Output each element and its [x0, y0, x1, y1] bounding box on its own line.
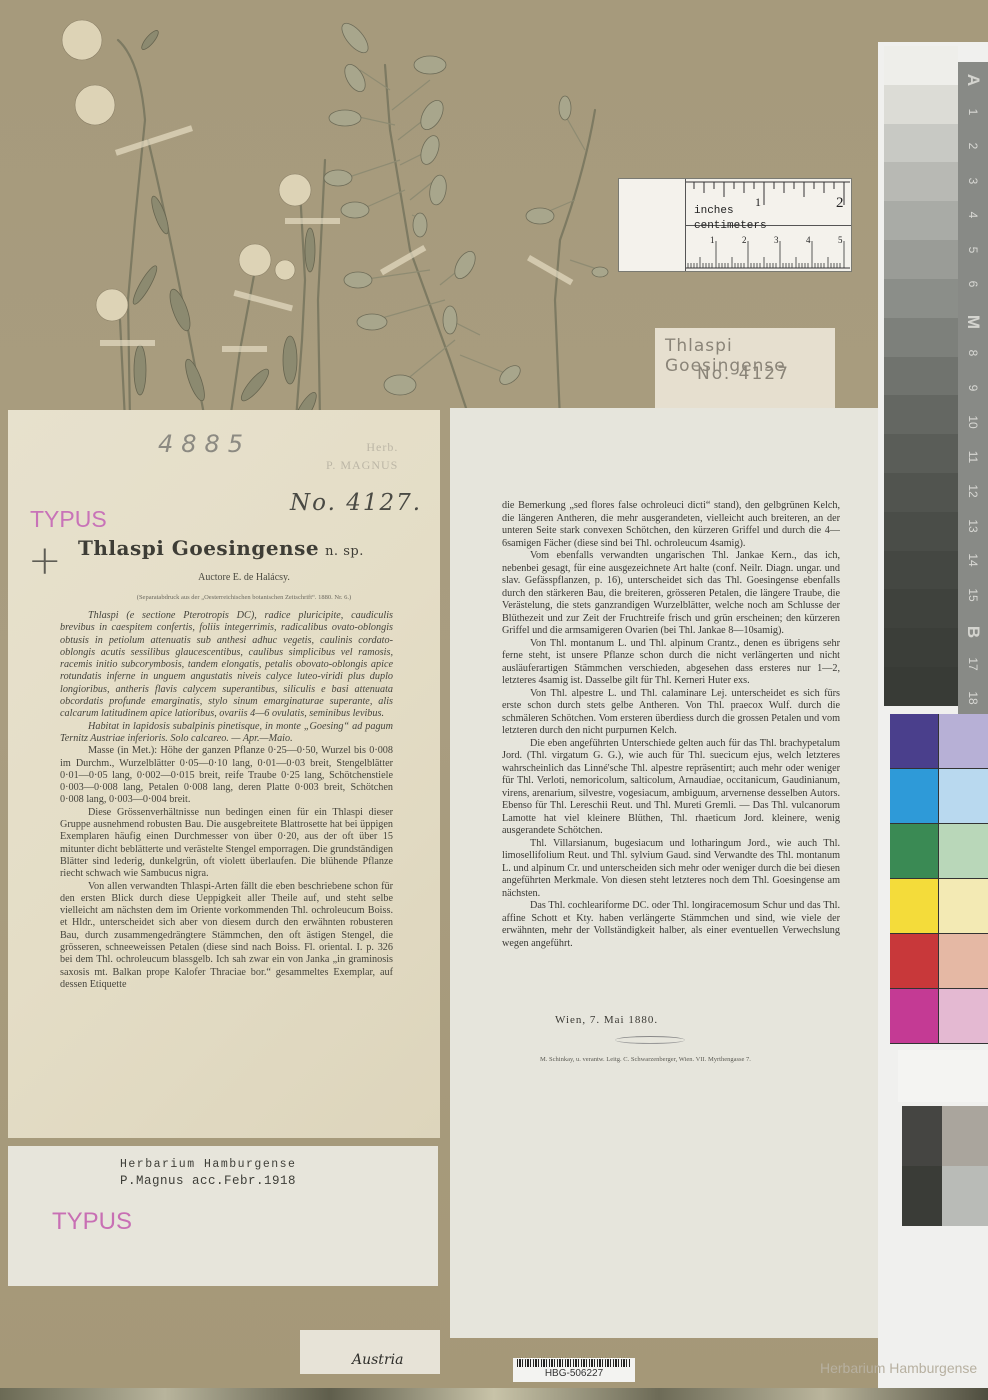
gray-step [884, 279, 958, 318]
printer-imprint: M. Schinkay, u. verantw. Leitg. C. Schwa… [540, 1056, 751, 1063]
paragraph: Thl. Villarsianum, bugesiacum und lothar… [502, 838, 840, 901]
gray-step [884, 473, 958, 512]
gray-step [884, 667, 958, 706]
country-label: Austria [300, 1330, 440, 1374]
barcode-label: HBG-506227 [513, 1358, 635, 1382]
gray-step [884, 46, 958, 85]
author-line: Auctore E. de Halácsy. [8, 572, 440, 583]
gray-step [884, 201, 958, 240]
color-calibration-chart: A123456M89101112131415B171819 [878, 42, 988, 1392]
gray-step [884, 85, 958, 124]
gray-patch [942, 1166, 988, 1226]
paragraph: Vom ebenfalls verwandten ungarischen Thl… [502, 550, 840, 638]
species-novelty-tag: n. sp. [325, 544, 364, 559]
color-swatch-row [890, 769, 988, 824]
color-swatch [938, 824, 988, 878]
paragraph: Von Thl. alpestre L. und Thl. calaminare… [502, 688, 840, 738]
scale-ruler: inches centimeters 1 2 1 2 3 4 5 [618, 178, 852, 272]
accession-line: P.Magnus acc.Febr.1918 [120, 1174, 296, 1188]
paragraph: Die eben angeführten Unterschiede gelten… [502, 738, 840, 838]
ruler-cm-tick: 3 [774, 235, 779, 245]
ruler-cm-label: centimeters [694, 220, 767, 232]
gray-scale-label: A [963, 69, 983, 91]
date-line: Wien, 7. Mai 1880. [555, 1014, 658, 1026]
color-swatch [890, 714, 938, 768]
gray-patch [902, 1106, 942, 1166]
gray-scale-label: B [963, 621, 983, 643]
color-swatch [890, 769, 938, 823]
gray-step [884, 589, 958, 628]
species-title: Thlaspi Goesingensen. sp. [78, 536, 364, 560]
dark-patch-row [902, 1166, 988, 1226]
dark-patch-row [902, 1106, 988, 1166]
gray-scale-strip [884, 46, 958, 706]
color-swatch-row [890, 714, 988, 769]
paragraph: Diese Grössenverhältnisse nun bedingen e… [60, 807, 393, 881]
protologue-continuation-text: die Bemerkung „sed flores false ochroleu… [502, 500, 840, 950]
color-swatch [938, 934, 988, 988]
ruler-blank-area [619, 179, 686, 271]
gray-scale-label: 5 [966, 239, 980, 261]
country-name: Austria [352, 1352, 403, 1368]
gray-scale-label: 17 [966, 653, 980, 675]
paragraph: Das Thl. cochleariforme DC. oder Thl. lo… [502, 900, 840, 950]
barcode [517, 1359, 631, 1367]
gray-scale-label: 11 [966, 446, 980, 468]
handwritten-accession-number: 4885 [158, 430, 251, 458]
barcode-id: HBG-506227 [513, 1368, 635, 1379]
color-swatch [890, 824, 938, 878]
ruler-cm-tick: 5 [838, 235, 843, 245]
paragraph: Von Thl. montanum L. und Thl. alpinum Cr… [502, 638, 840, 688]
ruler-inches-label: inches [694, 205, 734, 217]
gray-scale-label: M [963, 311, 983, 333]
gray-step [884, 434, 958, 473]
species-name: Thlaspi Goesingense [78, 536, 319, 560]
scanner-bottom-edge [0, 1388, 988, 1400]
color-swatch-row [890, 824, 988, 879]
herbarium-label: Herbarium Hamburgense P.Magnus acc.Febr.… [8, 1146, 438, 1286]
source-citation: (Separatabdruck aus der „Oesterreichisch… [8, 594, 440, 601]
paragraph: Masse (in Met.): Höhe der ganzen Pflanze… [60, 745, 393, 806]
color-swatch-row [890, 879, 988, 934]
stamp-line: P. MAGNUS [326, 456, 398, 474]
gray-patch [902, 1166, 942, 1226]
faded-herbarium-stamp: Herbarium Hamburgense [820, 1360, 977, 1376]
gray-scale-label: 2 [966, 135, 980, 157]
herbarium-name: Herbarium Hamburgense [120, 1158, 296, 1171]
handwritten-number: No. 4127 [697, 364, 790, 384]
gray-scale-label: 1 [966, 101, 980, 123]
gray-step [884, 551, 958, 590]
gray-step [884, 240, 958, 279]
gray-step [884, 628, 958, 667]
gray-scale-label: 3 [966, 170, 980, 192]
typus-stamp: TYPUS [52, 1208, 132, 1236]
gray-step [884, 395, 958, 434]
paragraph: die Bemerkung „sed flores false ochroleu… [502, 500, 840, 550]
ornament-divider [615, 1036, 685, 1044]
color-swatch [890, 989, 938, 1043]
protologue-page-1: 4885 Herb. P. MAGNUS No. 4127. TYPUS + T… [8, 410, 440, 1138]
gray-step [884, 357, 958, 396]
gray-patch [942, 1106, 988, 1166]
ruler-scale: inches centimeters 1 2 1 2 3 4 5 [686, 179, 851, 271]
gray-scale-labels: A123456M89101112131415B171819 [958, 62, 988, 752]
gray-step [884, 124, 958, 163]
ruler-inch-tick: 1 [755, 195, 761, 210]
gray-scale-label: 6 [966, 273, 980, 295]
ruler-inch-tick: 2 [836, 195, 844, 212]
protologue-text: Thlaspi (e sectione Pterotropis DC), rad… [60, 610, 393, 991]
white-patch [898, 1050, 988, 1102]
gray-scale-label: 12 [966, 480, 980, 502]
color-swatch-row [890, 934, 988, 989]
stamp-line: Herb. [326, 438, 398, 456]
color-swatch [938, 989, 988, 1043]
paragraph: Von allen verwandten Thlaspi-Arten fällt… [60, 881, 393, 992]
dark-patches [902, 1106, 988, 1226]
ruler-cm-tick: 2 [742, 235, 747, 245]
gray-scale-label: 15 [966, 584, 980, 606]
color-swatch [938, 769, 988, 823]
handwritten-register-number: No. 4127. [290, 490, 422, 516]
protologue-page-2: die Bemerkung „sed flores false ochroleu… [450, 408, 878, 1338]
gray-scale-label: 10 [966, 411, 980, 433]
color-swatch [938, 879, 988, 933]
ruler-cm-tick: 1 [710, 235, 715, 245]
gray-scale-label: 9 [966, 377, 980, 399]
gray-scale-label: 13 [966, 515, 980, 537]
gray-step [884, 318, 958, 357]
gray-scale-label: 14 [966, 549, 980, 571]
color-swatch [938, 714, 988, 768]
typus-stamp: TYPUS [30, 506, 107, 533]
ruler-cm-tick: 4 [806, 235, 811, 245]
gray-step [884, 512, 958, 551]
paragraph: Thlaspi (e sectione Pterotropis DC), rad… [60, 610, 393, 721]
color-swatches [890, 714, 988, 1044]
gray-scale-label: 4 [966, 204, 980, 226]
gray-scale-label: 8 [966, 342, 980, 364]
color-swatch [890, 879, 938, 933]
color-swatch-row [890, 989, 988, 1044]
gray-scale-label: 18 [966, 687, 980, 709]
herbarium-magnus-stamp: Herb. P. MAGNUS [326, 438, 398, 474]
handwritten-label: Thlaspi Goesingense No. 4127 [655, 328, 835, 408]
color-swatch [890, 934, 938, 988]
paragraph: Habitat in lapidosis subalpinis pinetisq… [60, 721, 393, 746]
gray-step [884, 162, 958, 201]
